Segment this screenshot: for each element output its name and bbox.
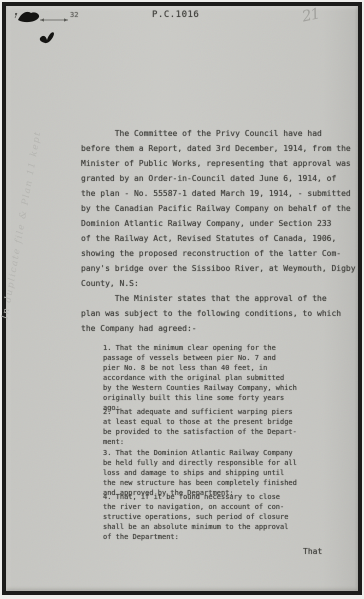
scanned-document-page: 32 P.C.1016 21 In duplicate file & Plan … [0,0,364,599]
typed-file-number: 32 [70,11,78,19]
condition-3: 3. That the Dominion Atlantic Railway Co… [103,448,297,498]
ink-check-blot-icon [38,30,58,46]
doc-number: P.C.1016 [152,10,199,20]
condition-2: 2. That adequate and sufficient warping … [103,407,297,447]
catchword: That [303,547,322,556]
margin-handwriting: In duplicate file & Plan 11 kept [0,102,48,348]
pencil-page-number: 21 [300,4,320,25]
photostat-frame: 32 P.C.1016 21 In duplicate file & Plan … [2,2,362,595]
left-right-arrow-icon [36,16,72,24]
condition-4: 4. That, if it be found necessary to clo… [103,492,288,542]
condition-1: 1. That the minimum clear opening for th… [103,343,297,413]
body-paragraphs: The Committee of the Privy Council have … [81,126,356,336]
